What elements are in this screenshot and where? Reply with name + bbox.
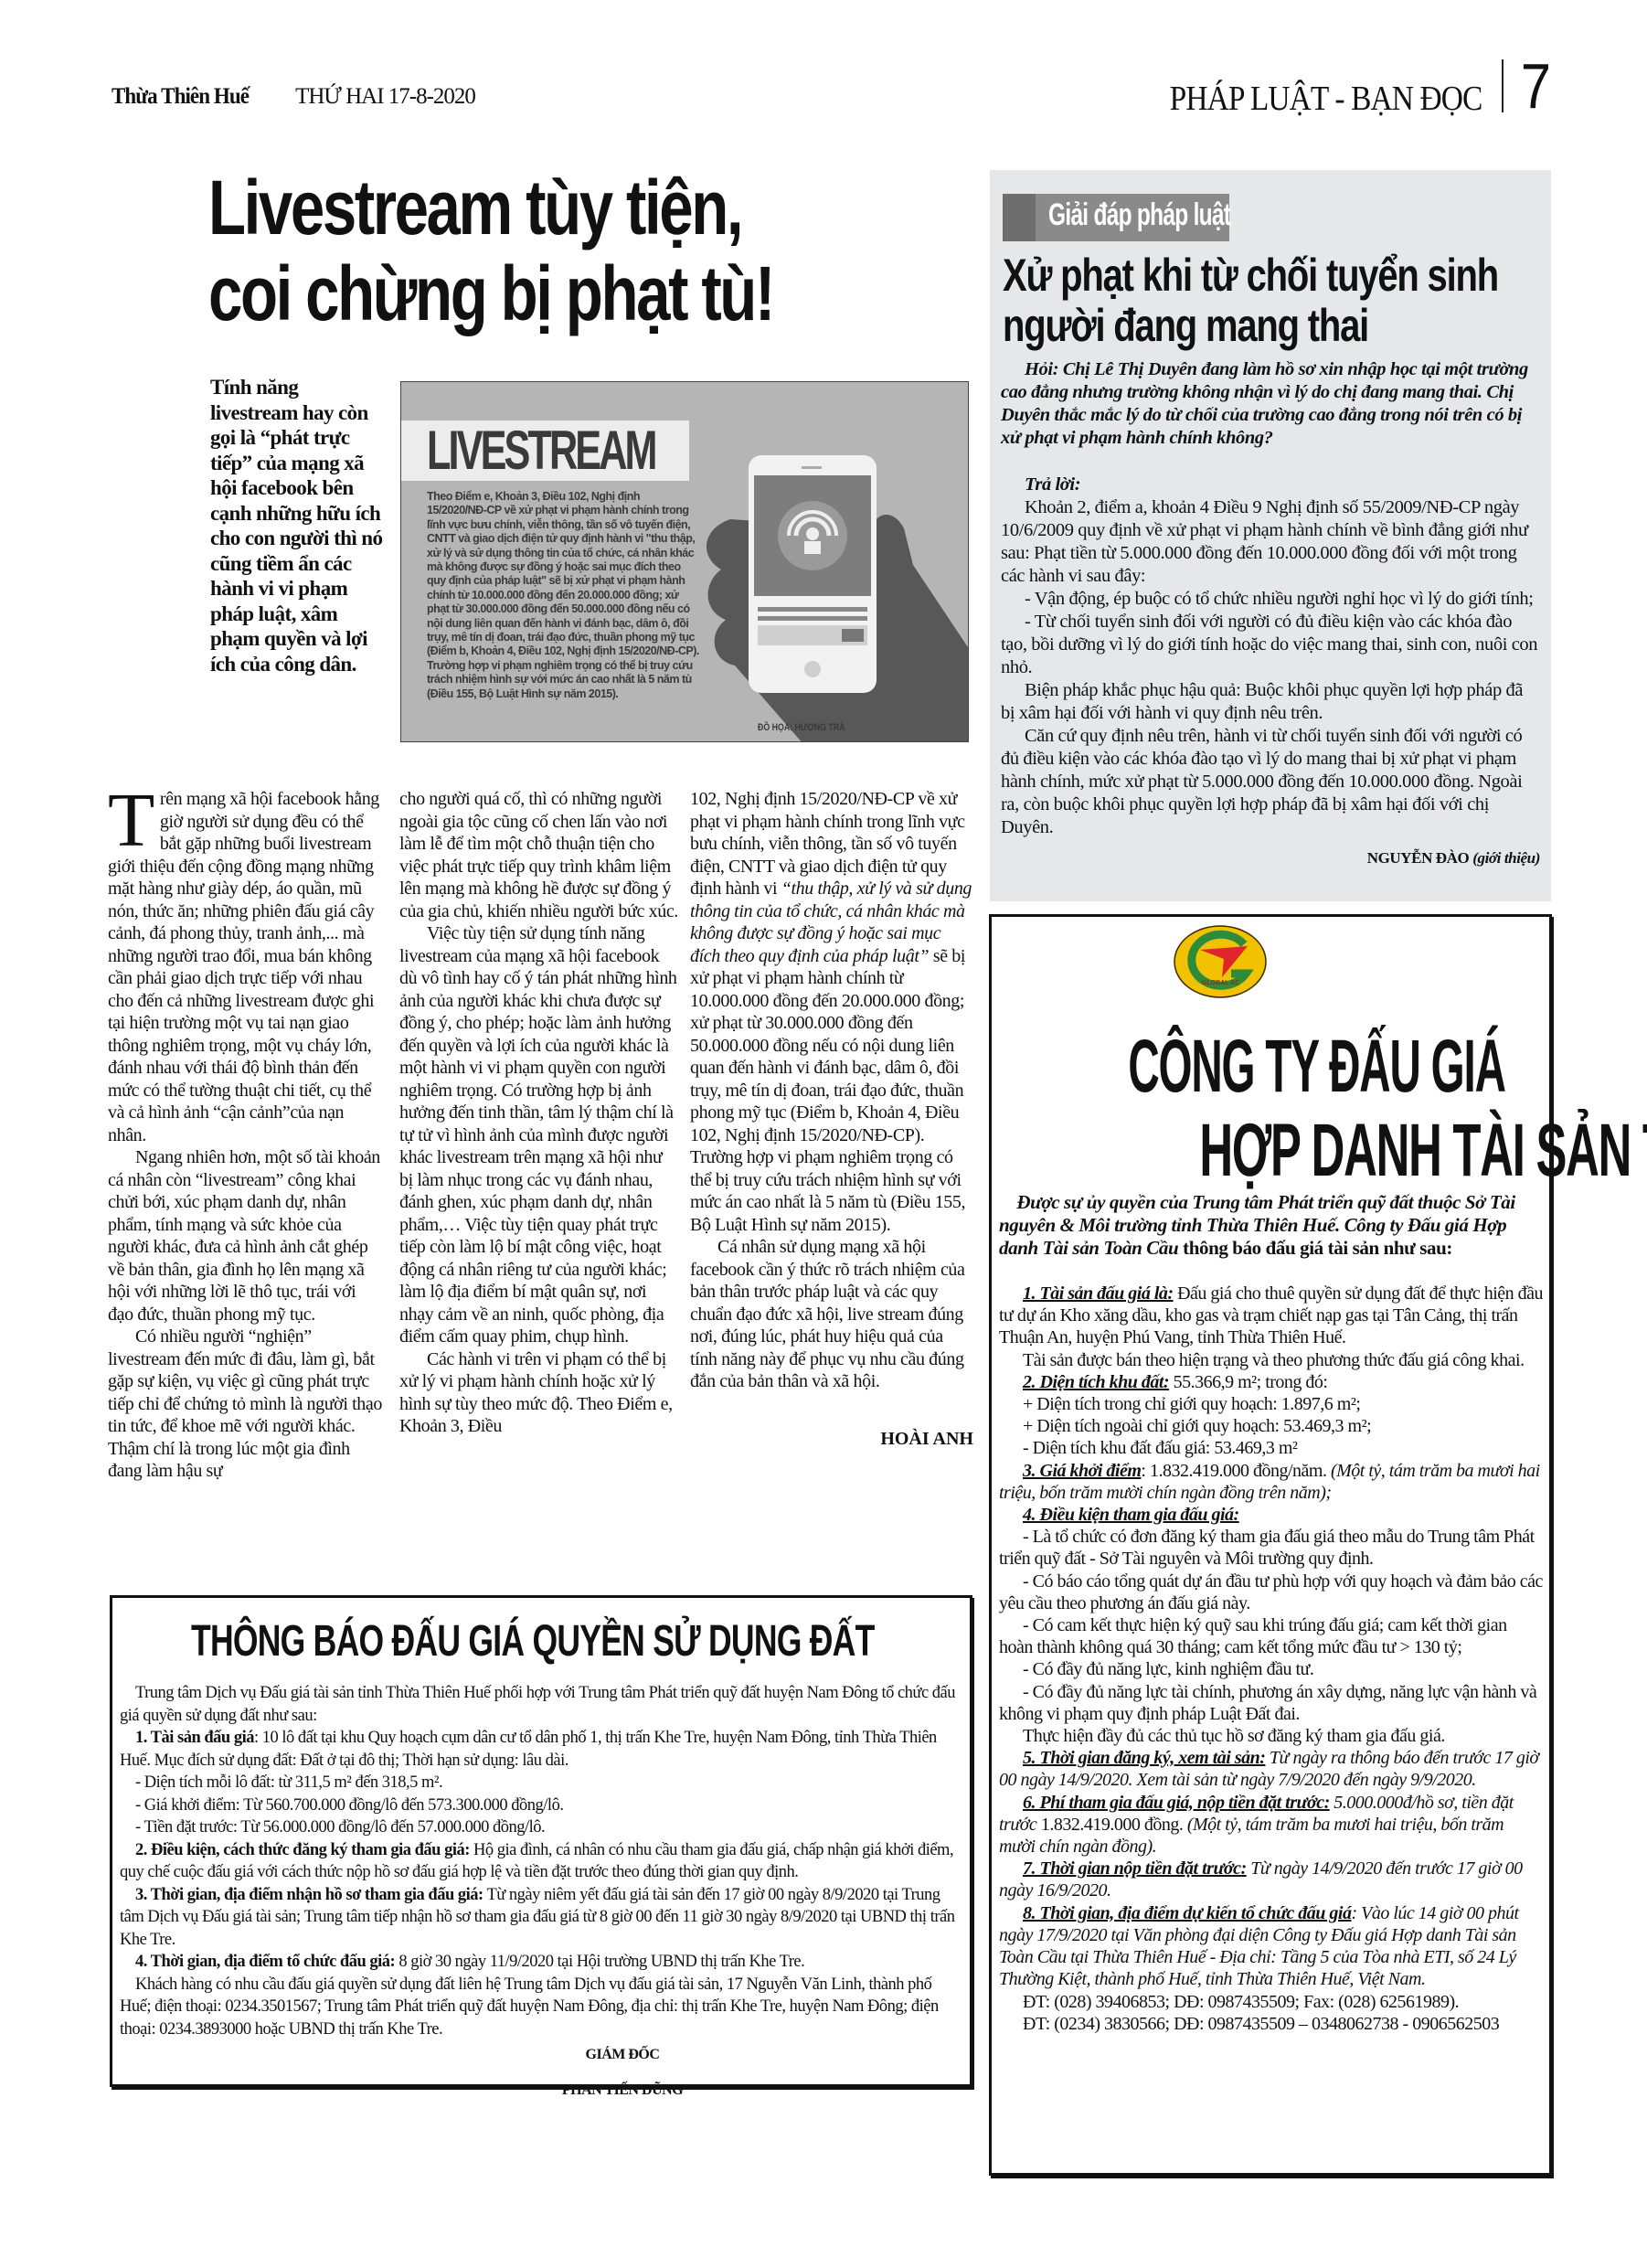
page-header-right: PHÁP LUẬT - BẠN ĐỌC 7 — [1127, 53, 1554, 119]
infographic-title: LIVESTREAM — [427, 422, 655, 479]
item-text: 55.366,9 m²; trong đó: — [1169, 1372, 1327, 1392]
company-name-line-2: HỢP DANH TÀI SẢN TOÀN CẦU — [1199, 1109, 1647, 1193]
issue-date: THỨ HAI 17-8-2020 — [295, 84, 475, 110]
section-tag: Giải đáp pháp luật — [1003, 194, 1229, 241]
paragraph-text: sẽ bị xử phạt vi phạm hành chính từ 10.0… — [690, 946, 965, 1235]
article-column-3: 102, Nghị định 15/2020/NĐ-CP về xử phạt … — [690, 788, 973, 1450]
item-text: 8 giờ 30 ngày 11/9/2020 tại Hội trường U… — [395, 1953, 804, 1971]
qa-answer-paragraph: Biện pháp khắc phục hậu quả: Buộc khôi p… — [1001, 679, 1540, 725]
article-column-1: Trên mạng xã hội facebook hằng giờ người… — [108, 788, 382, 1483]
header-divider — [1502, 59, 1504, 112]
ad-item: 7. Thời gian nộp tiền đặt trước: Từ ngày… — [999, 1858, 1544, 1901]
notice-item: 3. Thời gian, địa điểm nhận hồ sơ tham g… — [120, 1884, 966, 1952]
legal-qa-box: Giải đáp pháp luật Xử phạt khi từ chối t… — [990, 170, 1551, 901]
article-paragraph: Việc tùy tiện sử dụng tính năng livestre… — [399, 922, 678, 1348]
notice-subitem: - Giá khởi điểm: Từ 560.700.000 đồng/lô … — [120, 1794, 966, 1817]
notice-item: 4. Thời gian, địa điểm tổ chức đấu giá: … — [120, 1951, 966, 1974]
item-label: 3. Thời gian, địa điểm nhận hồ sơ tham g… — [135, 1886, 483, 1904]
company-name: CÔNG TY ĐẤU GIÁ HỢP DANH TÀI SẢN TOÀN CẦ… — [992, 1025, 1551, 1193]
article-paragraph: Cá nhân sử dụng mạng xã hội facebook cần… — [690, 1236, 973, 1393]
item-label: 7. Thời gian nộp tiền đặt trước: — [1023, 1858, 1247, 1879]
headline-line-1: Livestream tùy tiện, — [208, 165, 823, 250]
paper-name: Thừa Thiên Huế — [112, 84, 249, 110]
article-paragraph: 102, Nghị định 15/2020/NĐ-CP về xử phạt … — [690, 788, 973, 1236]
item-label: 3. Giá khởi điểm — [1023, 1461, 1141, 1481]
ad-body: 1. Tài sản đấu giá là: Đấu giá cho thuê … — [999, 1283, 1544, 2035]
ad-note: Tài sản được bán theo hiện trạng và theo… — [999, 1349, 1544, 1371]
notice-title: THÔNG BÁO ĐẤU GIÁ QUYỀN SỬ DỤNG ĐẤT — [191, 1616, 935, 1667]
article-byline: HOÀI ANH — [690, 1428, 973, 1451]
global-ac-logo-icon: GLOBAL AC — [1173, 924, 1268, 999]
qa-question: Hỏi: Chị Lê Thị Duyên đang làm hồ sơ xin… — [1001, 358, 1540, 450]
item-label: 8. Thời gian, địa điểm dự kiến tổ chức đ… — [1023, 1903, 1352, 1923]
ad-item: 8. Thời gian, địa điểm dự kiến tổ chức đ… — [999, 1902, 1544, 1991]
page-number: 7 — [1521, 59, 1551, 113]
qa-answer-label: Trả lời: — [1001, 474, 1540, 496]
notice-body: Trung tâm Dịch vụ Đấu giá tài sản tỉnh T… — [120, 1682, 966, 2102]
item-label: 4. Điều kiện tham gia đấu giá: — [1023, 1505, 1239, 1525]
intro-rest: thông báo đấu giá tài sản như sau: — [1178, 1237, 1452, 1259]
notice-intro: Trung tâm Dịch vụ Đấu giá tài sản tỉnh T… — [120, 1682, 966, 1727]
ad-item: 6. Phí tham gia đấu giá, nộp tiền đặt tr… — [999, 1792, 1544, 1858]
auction-company-ad: GLOBAL AC CÔNG TY ĐẤU GIÁ HỢP DANH TÀI S… — [989, 914, 1552, 2176]
notice-item: 1. Tài sản đấu giá: 10 lô đất tại khu Qu… — [120, 1727, 966, 1772]
land-auction-notice: THÔNG BÁO ĐẤU GIÁ QUYỀN SỬ DỤNG ĐẤT Trun… — [110, 1595, 972, 2087]
item-label: 1. Tài sản đấu giá là: — [1023, 1283, 1174, 1304]
ad-subitem: Thực hiện đầy đủ các thủ tục hồ sơ đăng … — [999, 1725, 1544, 1747]
article-paragraph: Trên mạng xã hội facebook hằng giờ người… — [108, 788, 382, 1146]
item-label: 6. Phí tham gia đấu giá, nộp tiền đặt tr… — [1023, 1793, 1330, 1813]
livestream-infographic: LIVESTREAM Theo Điểm e, Khoản 3, Điều 10… — [400, 381, 969, 742]
qa-signature: NGUYỄN ĐÀO (giới thiệu) — [1001, 847, 1540, 869]
infographic-text: Theo Điểm e, Khoản 3, Điều 102, Nghị địn… — [427, 490, 701, 701]
ad-subitem: + Diện tích ngoài chỉ giới quy hoạch: 53… — [999, 1415, 1544, 1437]
ad-subitem: + Diện tích trong chỉ giới quy hoạch: 1.… — [999, 1393, 1544, 1415]
article-paragraph: Ngang nhiên hơn, một số tài khoản cá nhâ… — [108, 1146, 382, 1326]
notice-item: 2. Điều kiện, cách thức đăng ký tham gia… — [120, 1839, 966, 1884]
page-header-left: Thừa Thiên Huế THỨ HAI 17-8-2020 — [112, 84, 475, 110]
signature-name: NGUYỄN ĐÀO — [1367, 849, 1470, 867]
item-text: : 1.832.419.000 đồng/năm. — [1141, 1461, 1331, 1481]
tag-accent — [1003, 194, 1036, 241]
hand-holding-phone-icon — [694, 419, 968, 742]
item-label: 4. Thời gian, địa điểm tổ chức đấu giá: — [135, 1953, 395, 1971]
ad-contact: ĐT: (0234) 3830566; DĐ: 0987435509 – 034… — [999, 2013, 1544, 2035]
ad-intro: Được sự ủy quyền của Trung tâm Phát triể… — [999, 1191, 1544, 1260]
ad-item: 1. Tài sản đấu giá là: Đấu giá cho thuê … — [999, 1283, 1544, 1349]
qa-body: Hỏi: Chị Lê Thị Duyên đang làm hồ sơ xin… — [1001, 358, 1540, 869]
signature-note: (giới thiệu) — [1472, 849, 1540, 867]
section-title: PHÁP LUẬT - BẠN ĐỌC — [1169, 79, 1482, 119]
ad-subitem: - Có đầy đủ năng lực, kinh nghiệm đầu tư… — [999, 1658, 1544, 1680]
signer-role: GIÁM ĐỐC — [467, 2044, 778, 2067]
article-column-2: cho người quá cố, thì có những người ngo… — [399, 788, 678, 1438]
ad-subitem: - Có báo cáo tổng quát dự án đầu tư phù … — [999, 1571, 1544, 1614]
ad-item: 5. Thời gian đăng ký, xem tài sản: Từ ng… — [999, 1747, 1544, 1791]
article-paragraph: cho người quá cố, thì có những người ngo… — [399, 788, 678, 922]
deposit-amount: 1.832.419.000 đồng. — [1041, 1815, 1187, 1835]
qa-answer-paragraph: Khoản 2, điểm a, khoản 4 Điều 9 Nghị địn… — [1001, 496, 1540, 588]
company-name-line-1: CÔNG TY ĐẤU GIÁ — [1128, 1025, 1504, 1109]
ad-subitem: - Có đầy đủ năng lực tài chính, phương á… — [999, 1681, 1544, 1725]
ad-subitem: - Có cam kết thực hiện ký quỹ sau khi tr… — [999, 1614, 1544, 1658]
section-tag-label: Giải đáp pháp luật — [1048, 197, 1230, 233]
notice-subitem: - Tiền đặt trước: Từ 56.000.000 đồng/lô … — [120, 1816, 966, 1839]
article-headline: Livestream tùy tiện, coi chừng bị phạt t… — [208, 165, 823, 336]
item-label: 2. Điều kiện, cách thức đăng ký tham gia… — [135, 1841, 470, 1859]
article-paragraph: Các hành vi trên vi phạm có thể bị xử lý… — [399, 1348, 678, 1438]
ad-subitem: - Diện tích khu đất đấu giá: 53.469,3 m² — [999, 1437, 1544, 1459]
item-label: 5. Thời gian đăng ký, xem tài sản: — [1023, 1748, 1265, 1768]
qa-answer-paragraph: - Từ chối tuyển sinh đối với người có đủ… — [1001, 611, 1540, 679]
ad-contact: ĐT: (028) 39406853; DĐ: 0987435509; Fax:… — [999, 1991, 1544, 2013]
notice-subitem: - Diện tích mỗi lô đất: từ 311,5 m² đến … — [120, 1772, 966, 1794]
drop-cap: T — [108, 792, 154, 850]
ad-item: 3. Giá khởi điểm: 1.832.419.000 đồng/năm… — [999, 1460, 1544, 1504]
svg-text:GLOBAL AC: GLOBAL AC — [1202, 980, 1239, 986]
signer-name: PHAN TIẾN DŨNG — [467, 2080, 778, 2103]
item-label: 1. Tài sản đấu giá — [135, 1729, 254, 1747]
article-lead: Tính năng livestream hay còn gọi là “phá… — [210, 375, 384, 676]
ad-item: 2. Diện tích khu đất: 55.366,9 m²; trong… — [999, 1371, 1544, 1393]
headline-line-2: coi chừng bị phạt tù! — [208, 250, 823, 336]
notice-contact: Khách hàng có nhu cầu đấu giá quyền sử d… — [120, 1974, 966, 2041]
item-label: 2. Diện tích khu đất: — [1023, 1372, 1169, 1392]
qa-headline: Xử phạt khi từ chối tuyển sinh người đan… — [1003, 250, 1529, 351]
qa-answer-paragraph: - Vận động, ép buộc có tổ chức nhiều ngư… — [1001, 588, 1540, 611]
ad-item: 4. Điều kiện tham gia đấu giá: — [999, 1504, 1544, 1526]
infographic-credit: ĐỒ HỌA: HƯƠNG TRÀ — [758, 722, 845, 733]
qa-answer-paragraph: Căn cứ quy định nêu trên, hành vi từ chố… — [1001, 725, 1540, 839]
ad-subitem: - Là tổ chức có đơn đăng ký tham gia đấu… — [999, 1526, 1544, 1570]
article-paragraph: Có nhiều người “nghiện” livestream đến m… — [108, 1326, 382, 1483]
